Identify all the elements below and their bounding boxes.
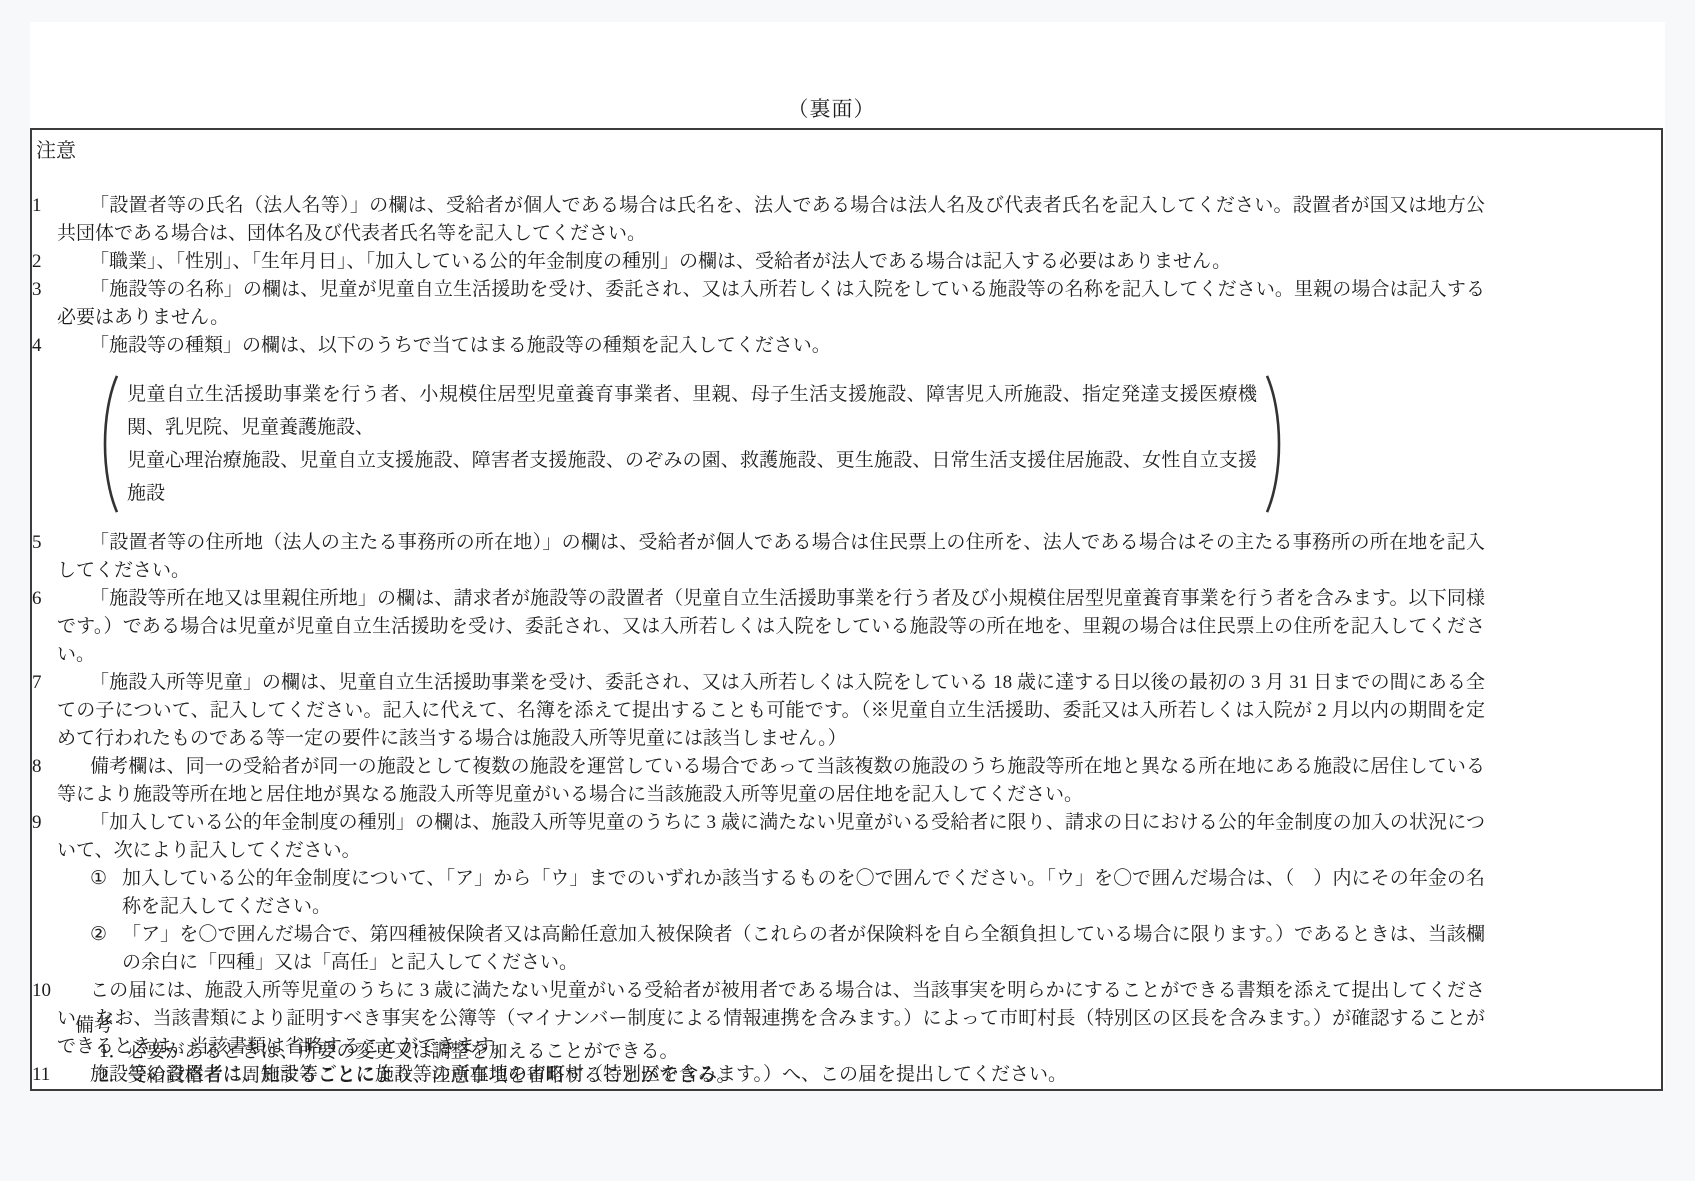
- notice-item-6: 6 「施設等所在地又は里親住所地」の欄は、請求者が施設等の設置者（児童自立生活援…: [57, 585, 1485, 669]
- item-number: 2: [32, 248, 57, 276]
- page-side-label: （裏面）: [0, 93, 1663, 123]
- left-bracket-icon: [97, 373, 119, 515]
- notice-title: 注意: [36, 138, 1661, 164]
- item-text: 「設置者等の氏名（法人名等）」の欄は、受給者が個人である場合は氏名を、法人である…: [57, 195, 1485, 244]
- item-text: 「施設等所在地又は里親住所地」の欄は、請求者が施設等の設置者（児童自立生活援助事…: [57, 588, 1485, 665]
- item-number: 8: [32, 753, 57, 781]
- item-text: 備考欄は、同一の受給者が同一の施設として複数の施設を運営している場合であって当該…: [57, 756, 1485, 805]
- remarks-title: 備考: [75, 1014, 736, 1038]
- item-number: 7: [32, 669, 57, 697]
- item-number: 3: [32, 276, 57, 304]
- notice-box: 注意 1 「設置者等の氏名（法人名等）」の欄は、受給者が個人である場合は氏名を、…: [30, 128, 1663, 1091]
- item-number: 5: [32, 529, 57, 557]
- facility-types-list: 児童自立生活援助事業を行う者、小規模住居型児童養育事業者、里親、母子生活支援施設…: [97, 373, 1287, 515]
- notice-item-4: 4 「施設等の種類」の欄は、以下のうちで当てはまる施設等の種類を記入してください…: [57, 332, 1485, 360]
- remarks-section: 備考 1．必要があるときは、所要の変更又は調整を加えることができる。 2．受給資…: [75, 1014, 736, 1088]
- item-text: 「施設等の種類」の欄は、以下のうちで当てはまる施設等の種類を記入してください。: [90, 335, 831, 356]
- right-bracket-icon: [1265, 373, 1287, 515]
- subitem-marker: ①: [90, 865, 107, 893]
- notice-item-5: 5 「設置者等の住所地（法人の主たる事務所の所在地）」の欄は、受給者が個人である…: [57, 529, 1485, 585]
- item-number: 6: [32, 585, 57, 613]
- facility-types-line-2: 児童心理治療施設、児童自立支援施設、障害者支援施設、のぞみの園、救護施設、更生施…: [127, 444, 1257, 510]
- item-text: 「施設入所等児童」の欄は、児童自立生活援助事業を受け、委託され、又は入所若しくは…: [57, 672, 1485, 749]
- item-text: 「施設等の名称」の欄は、児童が児童自立生活援助を受け、委託され、又は入所若しくは…: [57, 279, 1485, 328]
- notice-items: 1 「設置者等の氏名（法人名等）」の欄は、受給者が個人である場合は氏名を、法人で…: [57, 192, 1485, 1089]
- notice-item-3: 3 「施設等の名称」の欄は、児童が児童自立生活援助を受け、委託され、又は入所若し…: [57, 276, 1485, 332]
- notice-item-7: 7 「施設入所等児童」の欄は、児童自立生活援助事業を受け、委託され、又は入所若し…: [57, 669, 1485, 753]
- subitem-marker: ②: [90, 921, 107, 949]
- item-number: 11: [32, 1061, 57, 1089]
- item-number: 9: [32, 809, 57, 837]
- notice-item-9-sub-1: ① 加入している公的年金制度について、「ア」から「ウ」までのいずれか該当するもの…: [90, 865, 1485, 921]
- notice-item-9-sub-2: ② 「ア」を〇で囲んだ場合で、第四種被保険者又は高齢任意加入被保険者（これらの者…: [90, 921, 1485, 977]
- remarks-item-2: 2．受給資格者に周知することにより、注意事項を省略することができる。: [99, 1064, 736, 1088]
- item-number: 4: [32, 332, 57, 360]
- notice-item-8: 8 備考欄は、同一の受給者が同一の施設として複数の施設を運営している場合であって…: [57, 753, 1485, 809]
- facility-types-line-1: 児童自立生活援助事業を行う者、小規模住居型児童養育事業者、里親、母子生活支援施設…: [127, 378, 1257, 444]
- item-number: 1: [32, 192, 57, 220]
- item-text: 「職業」、「性別」、「生年月日」、「加入している公的年金制度の種別」の欄は、受給…: [90, 251, 1231, 272]
- subitem-text: 「ア」を〇で囲んだ場合で、第四種被保険者又は高齢任意加入被保険者（これらの者が保…: [122, 924, 1485, 973]
- item-text: 「設置者等の住所地（法人の主たる事務所の所在地）」の欄は、受給者が個人である場合…: [57, 532, 1485, 581]
- remarks-item-1: 1．必要があるときは、所要の変更又は調整を加えることができる。: [99, 1040, 736, 1064]
- item-text: 「加入している公的年金制度の種別」の欄は、施設入所等児童のうちに 3 歳に満たな…: [57, 812, 1485, 861]
- item-number: 10: [32, 977, 57, 1005]
- notice-item-1: 1 「設置者等の氏名（法人名等）」の欄は、受給者が個人である場合は氏名を、法人で…: [57, 192, 1485, 248]
- notice-item-9: 9 「加入している公的年金制度の種別」の欄は、施設入所等児童のうちに 3 歳に満…: [57, 809, 1485, 865]
- notice-item-2: 2 「職業」、「性別」、「生年月日」、「加入している公的年金制度の種別」の欄は、…: [57, 248, 1485, 276]
- subitem-text: 加入している公的年金制度について、「ア」から「ウ」までのいずれか該当するものを〇…: [122, 868, 1485, 917]
